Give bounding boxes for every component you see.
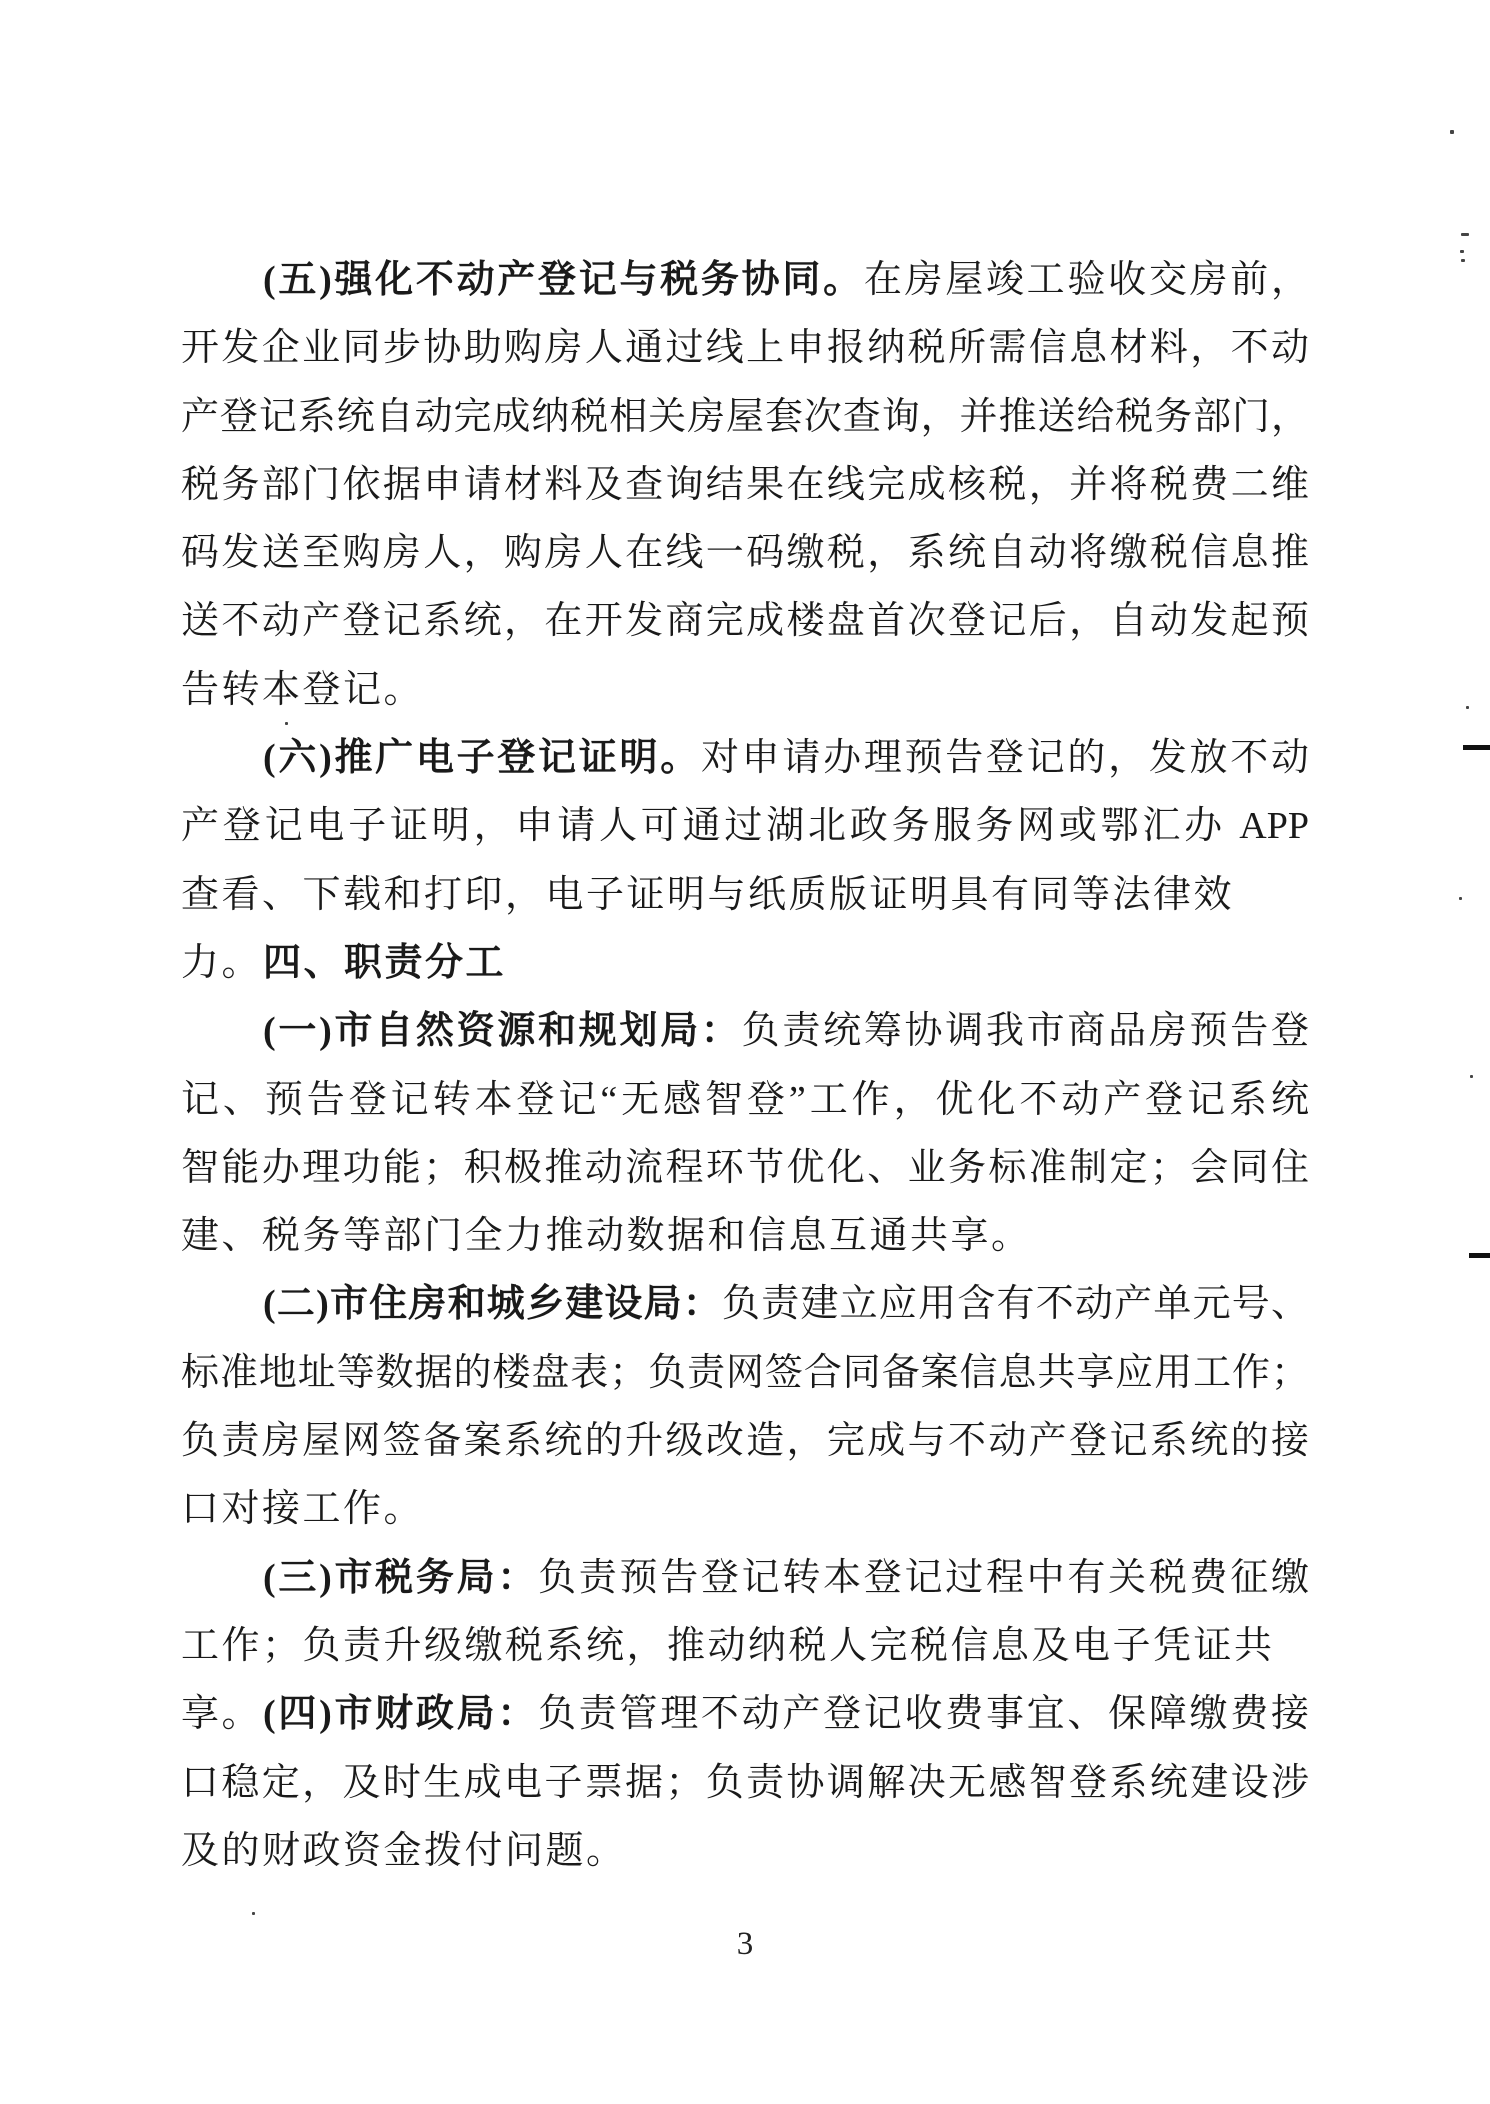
body-text: 告转本登记。 xyxy=(181,669,424,711)
scan-dash-mark xyxy=(1469,1253,1490,1258)
body-text: 在房屋竣工验收交房前， xyxy=(864,259,1309,301)
body-text: 产登记系统自动完成纳税相关房屋套次查询，并推送给税务部门， xyxy=(181,396,1309,438)
duty-1-line-1: (一)市自然资源和规划局：负责统筹协调我市商品房预告登 xyxy=(181,997,1309,1065)
body-text: 记、预告登记转本登记“无感智登”工作，优化不动产登记系统 xyxy=(181,1079,1309,1121)
duty-3-line-1: (三)市税务局：负责预告登记转本登记过程中有关税费征缴 xyxy=(181,1544,1309,1612)
scan-speck xyxy=(1470,1075,1473,1078)
duty-3-heading: (三)市税务局： xyxy=(263,1557,538,1599)
body-text: 码发送至购房人，购房人在线一码缴税，系统自动将缴税信息推 xyxy=(181,532,1309,574)
body-text: 产登记电子证明，申请人可通过湖北政务服务网或鄂汇办 APP xyxy=(181,805,1309,847)
text-line: 口对接工作。 xyxy=(181,1475,1309,1543)
text-line: 产登记电子证明，申请人可通过湖北政务服务网或鄂汇办 APP xyxy=(181,792,1309,860)
paragraph-5-heading: (五)强化不动产登记与税务协同。 xyxy=(263,259,864,301)
text-line: 税务部门依据申请材料及查询结果在线完成核税，并将税费二维 xyxy=(181,451,1309,519)
scan-speck xyxy=(1460,250,1464,253)
section-4-heading-line: 四、职责分工 xyxy=(181,929,1309,997)
duty-2-line-1: (二)市住房和城乡建设局：负责建立应用含有不动产单元号、 xyxy=(181,1270,1309,1338)
paragraph-6-heading: (六)推广电子登记证明。 xyxy=(263,737,701,779)
body-text: 对申请办理预告登记的，发放不动 xyxy=(701,737,1309,779)
body-text: 口稳定，及时生成电子票据；负责协调解决无感智登系统建设涉 xyxy=(181,1762,1309,1804)
body-text: 负责管理不动产登记收费事宜、保障缴费接 xyxy=(538,1693,1309,1735)
body-text: 负责建立应用含有不动产单元号、 xyxy=(722,1283,1309,1325)
body-text: 负责预告登记转本登记过程中有关税费征缴 xyxy=(538,1557,1309,1599)
scan-speck xyxy=(1461,233,1469,236)
paragraph-5-line-1: (五)强化不动产登记与税务协同。在房屋竣工验收交房前， xyxy=(181,246,1309,314)
text-line: 送不动产登记系统，在开发商完成楼盘首次登记后，自动发起预 xyxy=(181,587,1309,655)
body-text: 负责统筹协调我市商品房预告登 xyxy=(742,1010,1309,1052)
text-line: 标准地址等数据的楼盘表；负责网签合同备案信息共享应用工作； xyxy=(181,1339,1309,1407)
page-number: 3 xyxy=(0,1924,1490,1964)
duty-4-line-1: (四)市财政局：负责管理不动产登记收费事宜、保障缴费接 xyxy=(181,1680,1309,1748)
scan-speck xyxy=(252,1912,255,1915)
duty-2-heading: (二)市住房和城乡建设局： xyxy=(263,1283,722,1325)
scan-dash-mark xyxy=(1463,745,1490,750)
body-text: 负责房屋网签备案系统的升级改造，完成与不动产登记系统的接 xyxy=(181,1420,1309,1462)
body-text: 口对接工作。 xyxy=(181,1488,424,1530)
text-line: 工作；负责升级缴税系统，推动纳税人完税信息及电子凭证共享。 xyxy=(181,1612,1309,1680)
scan-speck xyxy=(1450,130,1454,134)
text-line: 口稳定，及时生成电子票据；负责协调解决无感智登系统建设涉 xyxy=(181,1749,1309,1817)
body-text: 开发企业同步协助购房人通过线上申报纳税所需信息材料，不动 xyxy=(181,327,1309,369)
text-line: 查看、下载和打印，电子证明与纸质版证明具有同等法律效力。 xyxy=(181,861,1309,929)
duty-4-heading: (四)市财政局： xyxy=(263,1693,538,1735)
scan-speck xyxy=(1461,259,1465,262)
body-text: 标准地址等数据的楼盘表；负责网签合同备案信息共享应用工作； xyxy=(181,1352,1309,1394)
text-line: 智能办理功能；积极推动流程环节优化、业务标准制定；会同住 xyxy=(181,1134,1309,1202)
body-text: 智能办理功能；积极推动流程环节优化、业务标准制定；会同住 xyxy=(181,1147,1309,1189)
body-text: 送不动产登记系统，在开发商完成楼盘首次登记后，自动发起预 xyxy=(181,600,1309,642)
body-text: 建、税务等部门全力推动数据和信息互通共享。 xyxy=(181,1215,1032,1257)
text-line: 告转本登记。 xyxy=(181,656,1309,724)
text-line: 码发送至购房人，购房人在线一码缴税，系统自动将缴税信息推 xyxy=(181,519,1309,587)
text-line: 负责房屋网签备案系统的升级改造，完成与不动产登记系统的接 xyxy=(181,1407,1309,1475)
text-line: 开发企业同步协助购房人通过线上申报纳税所需信息材料，不动 xyxy=(181,314,1309,382)
text-line: 及的财政资金拨付问题。 xyxy=(181,1817,1309,1885)
scan-speck xyxy=(1466,706,1469,709)
scanned-document-page: (五)强化不动产登记与税务协同。在房屋竣工验收交房前， 开发企业同步协助购房人通… xyxy=(0,0,1490,2104)
document-body: (五)强化不动产登记与税务协同。在房屋竣工验收交房前， 开发企业同步协助购房人通… xyxy=(181,246,1309,1885)
text-line: 建、税务等部门全力推动数据和信息互通共享。 xyxy=(181,1202,1309,1270)
paragraph-6-line-1: (六)推广电子登记证明。对申请办理预告登记的，发放不动 xyxy=(181,724,1309,792)
duty-1-heading: (一)市自然资源和规划局： xyxy=(263,1010,742,1052)
body-text: 及的财政资金拨付问题。 xyxy=(181,1830,627,1872)
text-line: 记、预告登记转本登记“无感智登”工作，优化不动产登记系统 xyxy=(181,1066,1309,1134)
scan-speck xyxy=(1459,897,1462,900)
text-line: 产登记系统自动完成纳税相关房屋套次查询，并推送给税务部门， xyxy=(181,383,1309,451)
body-text: 税务部门依据申请材料及查询结果在线完成核税，并将税费二维 xyxy=(181,464,1309,506)
scan-speck xyxy=(285,722,288,725)
section-4-heading: 四、职责分工 xyxy=(263,942,506,984)
